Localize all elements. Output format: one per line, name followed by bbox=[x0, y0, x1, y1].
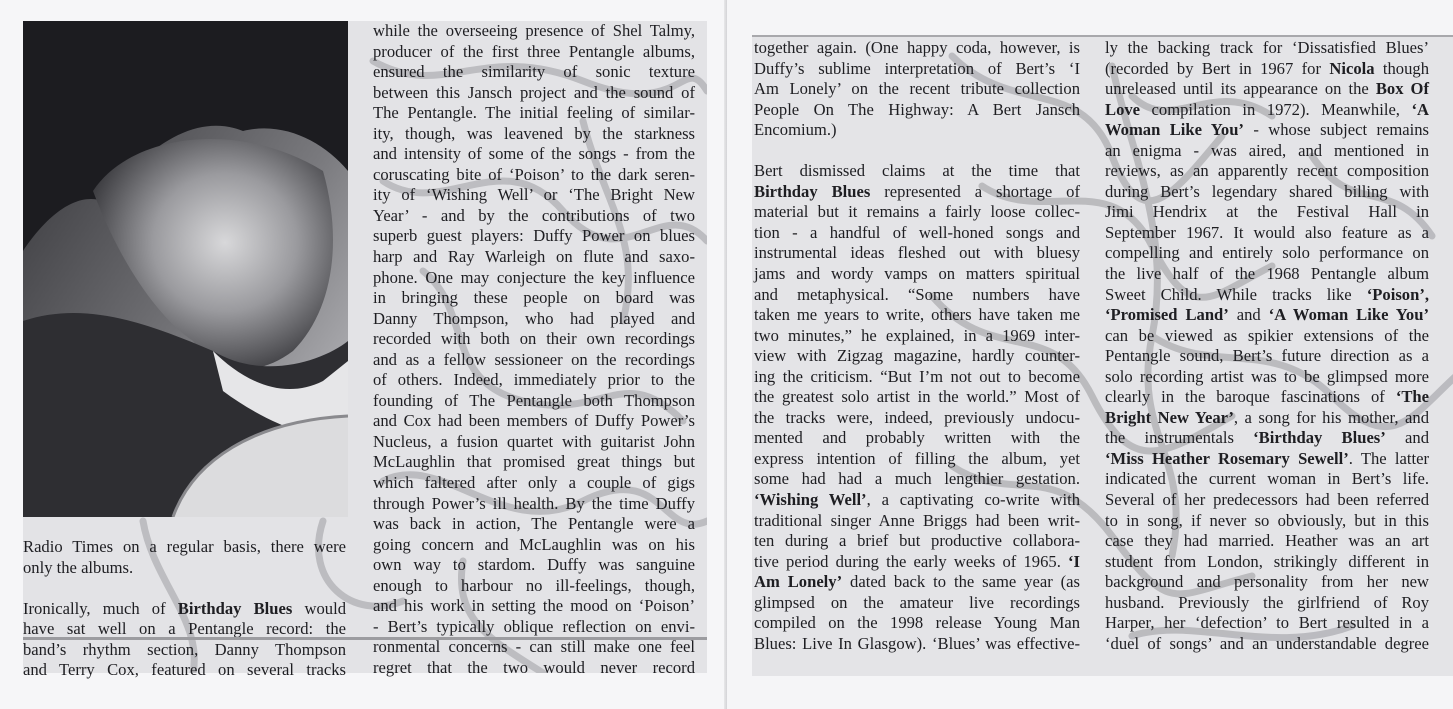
text-line: going concern and McLaughlin was on his bbox=[373, 535, 695, 556]
text-line: ensured the similarity of sonic texture bbox=[373, 62, 695, 83]
text-line: Woman Like You’ - whose subject remains bbox=[1105, 120, 1429, 141]
text-line: ‘Promised Land’ and ‘A Woman Like You’ bbox=[1105, 305, 1429, 326]
text-line: of others. Indeed, immediately prior to … bbox=[373, 370, 695, 391]
text-line: and Terry Cox, featured on several track… bbox=[23, 660, 346, 681]
text-line: ronmental concerns - can still make one … bbox=[373, 637, 695, 658]
top-rule bbox=[752, 35, 1453, 37]
text-line: Pentangle sound, Bert’s future direction… bbox=[1105, 346, 1429, 367]
text-line: unreleased until its appearance on the B… bbox=[1105, 79, 1429, 100]
right-page: together again. (One happy coda, however… bbox=[727, 0, 1453, 709]
text-line: ing the criticism. “But I’m not out to b… bbox=[754, 367, 1080, 388]
text-line: tion - a handful of well-honed songs and bbox=[754, 223, 1080, 244]
right-column-1: together again. (One happy coda, however… bbox=[754, 38, 1080, 654]
text-line: phone. One may conjecture the key influe… bbox=[373, 268, 695, 289]
text-line: was back in action, The Pentangle were a bbox=[373, 514, 695, 535]
text-line: harp and Ray Warleigh on flute and saxo- bbox=[373, 247, 695, 268]
text-line: Ironically, much of Birthday Blues would bbox=[23, 599, 346, 620]
right-column-2: ly the backing track for ‘Dissatisfied B… bbox=[1105, 38, 1429, 654]
text-line: Sweet Child. While tracks like ‘Poison’, bbox=[1105, 285, 1429, 306]
text-line: to in song, if never so obviously, but i… bbox=[1105, 511, 1429, 532]
text-line: and Cox had been members of Duffy Power’… bbox=[373, 411, 695, 432]
text-line: Danny Thompson, who had played and bbox=[373, 309, 695, 330]
text-line: material but it remains a fairly loose c… bbox=[754, 202, 1080, 223]
text-line: in bringing these people on board was bbox=[373, 288, 695, 309]
text-line: and as a fellow sessioneer on the record… bbox=[373, 350, 695, 371]
text-line: mented and probably written with the bbox=[754, 428, 1080, 449]
paragraph: together again. (One happy coda, however… bbox=[754, 38, 1080, 141]
text-line: enough to harbour no ill-feelings, thoug… bbox=[373, 576, 695, 597]
text-line: the tracks were, indeed, previously undo… bbox=[754, 408, 1080, 429]
text-line: coruscating bite of ‘Poison’ to the dark… bbox=[373, 165, 695, 186]
text-line: which faltered after only a couple of gi… bbox=[373, 473, 695, 494]
text-line: clearly in the baroque fascinations of ‘… bbox=[1105, 387, 1429, 408]
text-line: Jimi Hendrix at the Festival Hall in bbox=[1105, 202, 1429, 223]
text-line: the live half of the 1968 Pentangle albu… bbox=[1105, 264, 1429, 285]
text-line: express intention of filling the album, … bbox=[754, 449, 1080, 470]
text-line: compiled on the 1998 release Young Man bbox=[754, 613, 1080, 634]
text-line: only the albums. bbox=[23, 558, 346, 579]
text-line: some had had a much lengthier gestation. bbox=[754, 469, 1080, 490]
text-line: Am Lonely’ dated back to the same year (… bbox=[754, 572, 1080, 593]
text-line: and metaphysical. “Some numbers have bbox=[754, 285, 1080, 306]
text-line: September 1967. It would also feature as… bbox=[1105, 223, 1429, 244]
text-line: Duffy’s sublime interpretation of Bert’s… bbox=[754, 59, 1080, 80]
paragraph: Bert dismissed claims at the time thatBi… bbox=[754, 161, 1080, 654]
text-line: Bright New Year’, a song for his mother,… bbox=[1105, 408, 1429, 429]
text-line: an enigma - was aired, and mentioned in bbox=[1105, 141, 1429, 162]
text-line: ‘Miss Heather Rosemary Sewell’. The latt… bbox=[1105, 449, 1429, 470]
text-line: through Power’s ill health. By the time … bbox=[373, 494, 695, 515]
text-line: background and personality from her new bbox=[1105, 572, 1429, 593]
text-line: taken me years to write, others have tak… bbox=[754, 305, 1080, 326]
text-line: Bert dismissed claims at the time that bbox=[754, 161, 1080, 182]
text-line: traditional singer Anne Briggs had been … bbox=[754, 511, 1080, 532]
text-line: Birthday Blues represented a shortage of bbox=[754, 182, 1080, 203]
text-line: Love compilation in 1972). Meanwhile, ‘A bbox=[1105, 100, 1429, 121]
text-line: Year’ - and by the contributions of two bbox=[373, 206, 695, 227]
text-line: instrumental ideas fleshed out with blue… bbox=[754, 243, 1080, 264]
text-line: founding of The Pentangle both Thompson bbox=[373, 391, 695, 412]
text-line: band’s rhythm section, Danny Thompson bbox=[23, 640, 346, 661]
text-line: Several of her predecessors had been ref… bbox=[1105, 490, 1429, 511]
text-line: ly the backing track for ‘Dissatisfied B… bbox=[1105, 38, 1429, 59]
text-line: own way to stardom. Duffy was sanguine bbox=[373, 555, 695, 576]
text-line: can be viewed as spikier extensions of t… bbox=[1105, 326, 1429, 347]
text-line: Harper, her ‘defection’ to Bert resulted… bbox=[1105, 613, 1429, 634]
text-line: McLaughlin that promised great things bu… bbox=[373, 452, 695, 473]
paragraph: Radio Times on a regular basis, there we… bbox=[23, 537, 346, 578]
text-line: two minutes,” he explained, in a 1969 in… bbox=[754, 326, 1080, 347]
text-line: and intensity of some of the songs - fro… bbox=[373, 144, 695, 165]
text-line: - Bert’s typically oblique reflection on… bbox=[373, 617, 695, 638]
text-line: student from London, strikingly differen… bbox=[1105, 552, 1429, 573]
text-line: ‘duel of songs’ and an understandable de… bbox=[1105, 634, 1429, 655]
text-line: tive period during the early weeks of 19… bbox=[754, 552, 1080, 573]
text-line: case they had married. Heather was an ar… bbox=[1105, 531, 1429, 552]
text-line: ‘Wishing Well’, a captivating co-write w… bbox=[754, 490, 1080, 511]
text-line: the instrumentals ‘Birthday Blues’ and bbox=[1105, 428, 1429, 449]
text-line: recorded with both on their own recordin… bbox=[373, 329, 695, 350]
text-line: Encomium.) bbox=[754, 120, 1080, 141]
text-line: reviews, as an apparently recent composi… bbox=[1105, 161, 1429, 182]
text-line: husband. Previously the girlfriend of Ro… bbox=[1105, 593, 1429, 614]
text-line: The Pentangle. The initial feeling of si… bbox=[373, 103, 695, 124]
text-line: People On The Highway: A Bert Jansch bbox=[754, 100, 1080, 121]
text-line: Am Lonely’ on the recent tribute collect… bbox=[754, 79, 1080, 100]
text-line: while the overseeing presence of Shel Ta… bbox=[373, 21, 695, 42]
portrait-photo-illustration bbox=[23, 21, 348, 517]
text-line: producer of the first three Pentangle al… bbox=[373, 42, 695, 63]
text-line: ity of ‘Wishing Well’ or ‘The Bright New bbox=[373, 185, 695, 206]
paragraph: while the overseeing presence of Shel Ta… bbox=[373, 21, 695, 679]
text-line: jams and wordy vamps on matters spiritua… bbox=[754, 264, 1080, 285]
text-line: compelling and entirely solo performance… bbox=[1105, 243, 1429, 264]
text-line: Nucleus, a fusion quartet with guitarist… bbox=[373, 432, 695, 453]
text-line: superb guest players: Duffy Power on blu… bbox=[373, 226, 695, 247]
text-line: view with Zigzag magazine, hardly counte… bbox=[754, 346, 1080, 367]
text-line: together again. (One happy coda, however… bbox=[754, 38, 1080, 59]
text-line: between this Jansch project and the soun… bbox=[373, 83, 695, 104]
text-line: and his work in setting the mood on ‘Poi… bbox=[373, 596, 695, 617]
text-line: Blues: Live In Glasgow). ‘Blues’ was eff… bbox=[754, 634, 1080, 655]
text-line: regret that the two would never record bbox=[373, 658, 695, 679]
text-line: indicated the current woman in Bert’s li… bbox=[1105, 469, 1429, 490]
left-column-text: Radio Times on a regular basis, there we… bbox=[23, 537, 346, 681]
text-line: ten during a brief but productive collab… bbox=[754, 531, 1080, 552]
text-line: (recorded by Bert in 1967 for Nicola tho… bbox=[1105, 59, 1429, 80]
portrait-photo bbox=[23, 21, 348, 517]
left-page: Radio Times on a regular basis, there we… bbox=[0, 0, 727, 709]
text-line: during Bert’s legendary shared billing w… bbox=[1105, 182, 1429, 203]
text-line: Radio Times on a regular basis, there we… bbox=[23, 537, 346, 558]
left-main-column: while the overseeing presence of Shel Ta… bbox=[373, 21, 695, 679]
text-line: glimpsed on the amateur live recordings bbox=[754, 593, 1080, 614]
text-line: ity, though, was leavened by the starkne… bbox=[373, 124, 695, 145]
text-line: the greatest solo artist in the world.” … bbox=[754, 387, 1080, 408]
text-line: solo recording artist was to be glimpsed… bbox=[1105, 367, 1429, 388]
paragraph: ly the backing track for ‘Dissatisfied B… bbox=[1105, 38, 1429, 654]
